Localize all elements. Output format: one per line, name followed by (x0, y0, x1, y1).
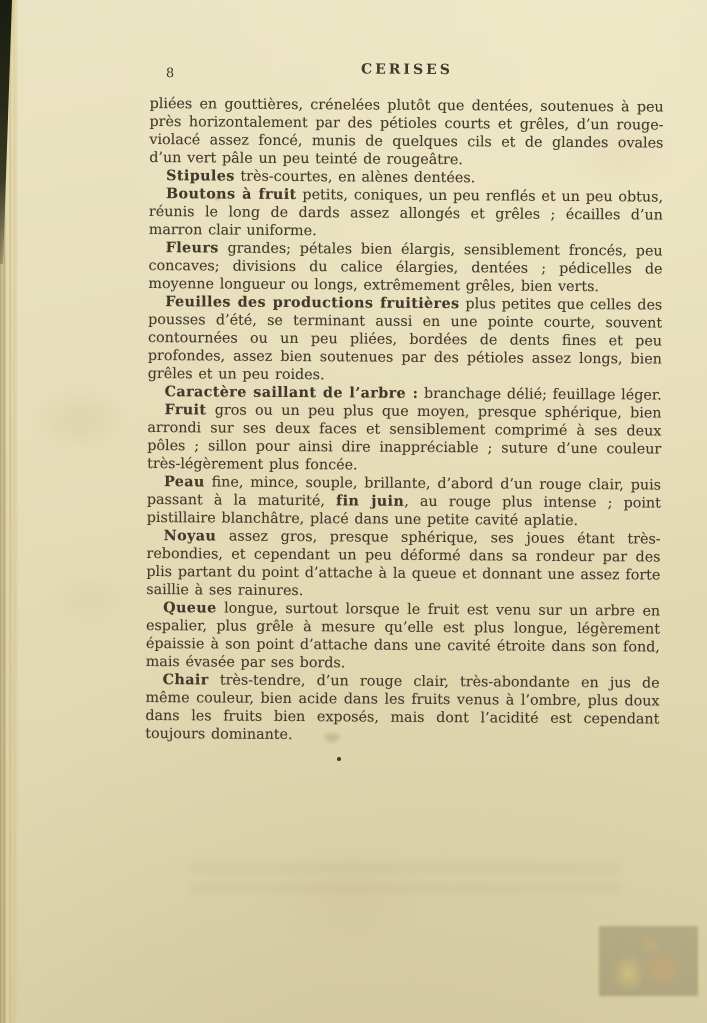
paragraph-boutons-a-fruit: Boutons à fruit petits, coniques, un peu… (149, 185, 663, 243)
paragraph-text: pliées en gouttières, crénelées plutôt q… (149, 96, 663, 168)
paragraph-chair: Chair très-tendre, d’un rouge clair, trè… (145, 671, 659, 747)
paragraph-lead: Stipules (166, 168, 235, 184)
paragraph-fruit: Fruit gros ou un peu plus que moyen, pre… (147, 401, 661, 477)
paragraph-lead: Feuilles des productions fruitières (165, 294, 459, 312)
paragraph-lead: Chair (163, 672, 209, 688)
running-title: CERISES (150, 60, 664, 80)
paragraph-noyau: Noyau assez gros, presque sphérique, ses… (146, 527, 660, 603)
paragraph-text: grandes; pétales bien élargis, sensiblem… (148, 240, 662, 295)
paragraph-text: branchage délié; feuillage léger. (418, 386, 661, 404)
paragraph-fleurs: Fleurs grandes; pétales bien élargis, se… (148, 239, 662, 297)
printed-page: 8 CERISES pliées en gouttières, crénelée… (145, 58, 664, 747)
paragraph-lead: Boutons à fruit (166, 186, 297, 203)
paragraph-text: très-tendre, d’un rouge clair, très-abon… (145, 672, 659, 743)
book-page-scan: 8 CERISES pliées en gouttières, crénelée… (0, 0, 707, 1023)
paragraph-lead: Fruit (164, 402, 206, 418)
verso-show-through (190, 882, 620, 894)
paragraph-text: très-courtes, en alènes dentées. (235, 169, 476, 187)
paragraph-lead: Queue (163, 600, 217, 616)
running-head: 8 CERISES (150, 58, 664, 88)
paragraph-text: longue, surtout lorsque le fruit est ven… (146, 600, 660, 671)
text-block: pliées en gouttières, crénelées plutôt q… (145, 95, 664, 747)
paragraph-lead: Caractère saillant de l’arbre : (165, 384, 419, 402)
fruit-watermark-thumbnail (599, 926, 698, 996)
paragraph-lead: Peau (164, 474, 205, 490)
paragraph-queue: Queue longue, surtout lorsque le fruit e… (146, 599, 660, 675)
paragraph-bold-phrase: fin juin (336, 493, 404, 509)
paragraph-continuation: pliées en gouttières, crénelées plutôt q… (149, 95, 663, 171)
verso-show-through (190, 862, 620, 874)
paragraph-text: gros ou un peu plus que moyen, presque s… (147, 402, 661, 473)
paper-stain (214, 196, 220, 201)
paragraph-feuilles: Feuilles des productions fruitières plus… (148, 293, 663, 387)
ink-speck (337, 757, 341, 761)
paragraph-text: assez gros, presque sphérique, ses joues… (146, 528, 660, 599)
paragraph-peau: Peau fine, mince, souple, brillante, d’a… (147, 473, 661, 531)
ink-smudge (324, 733, 340, 742)
paragraph-lead: Noyau (164, 528, 217, 544)
paragraph-lead: Fleurs (166, 240, 219, 256)
